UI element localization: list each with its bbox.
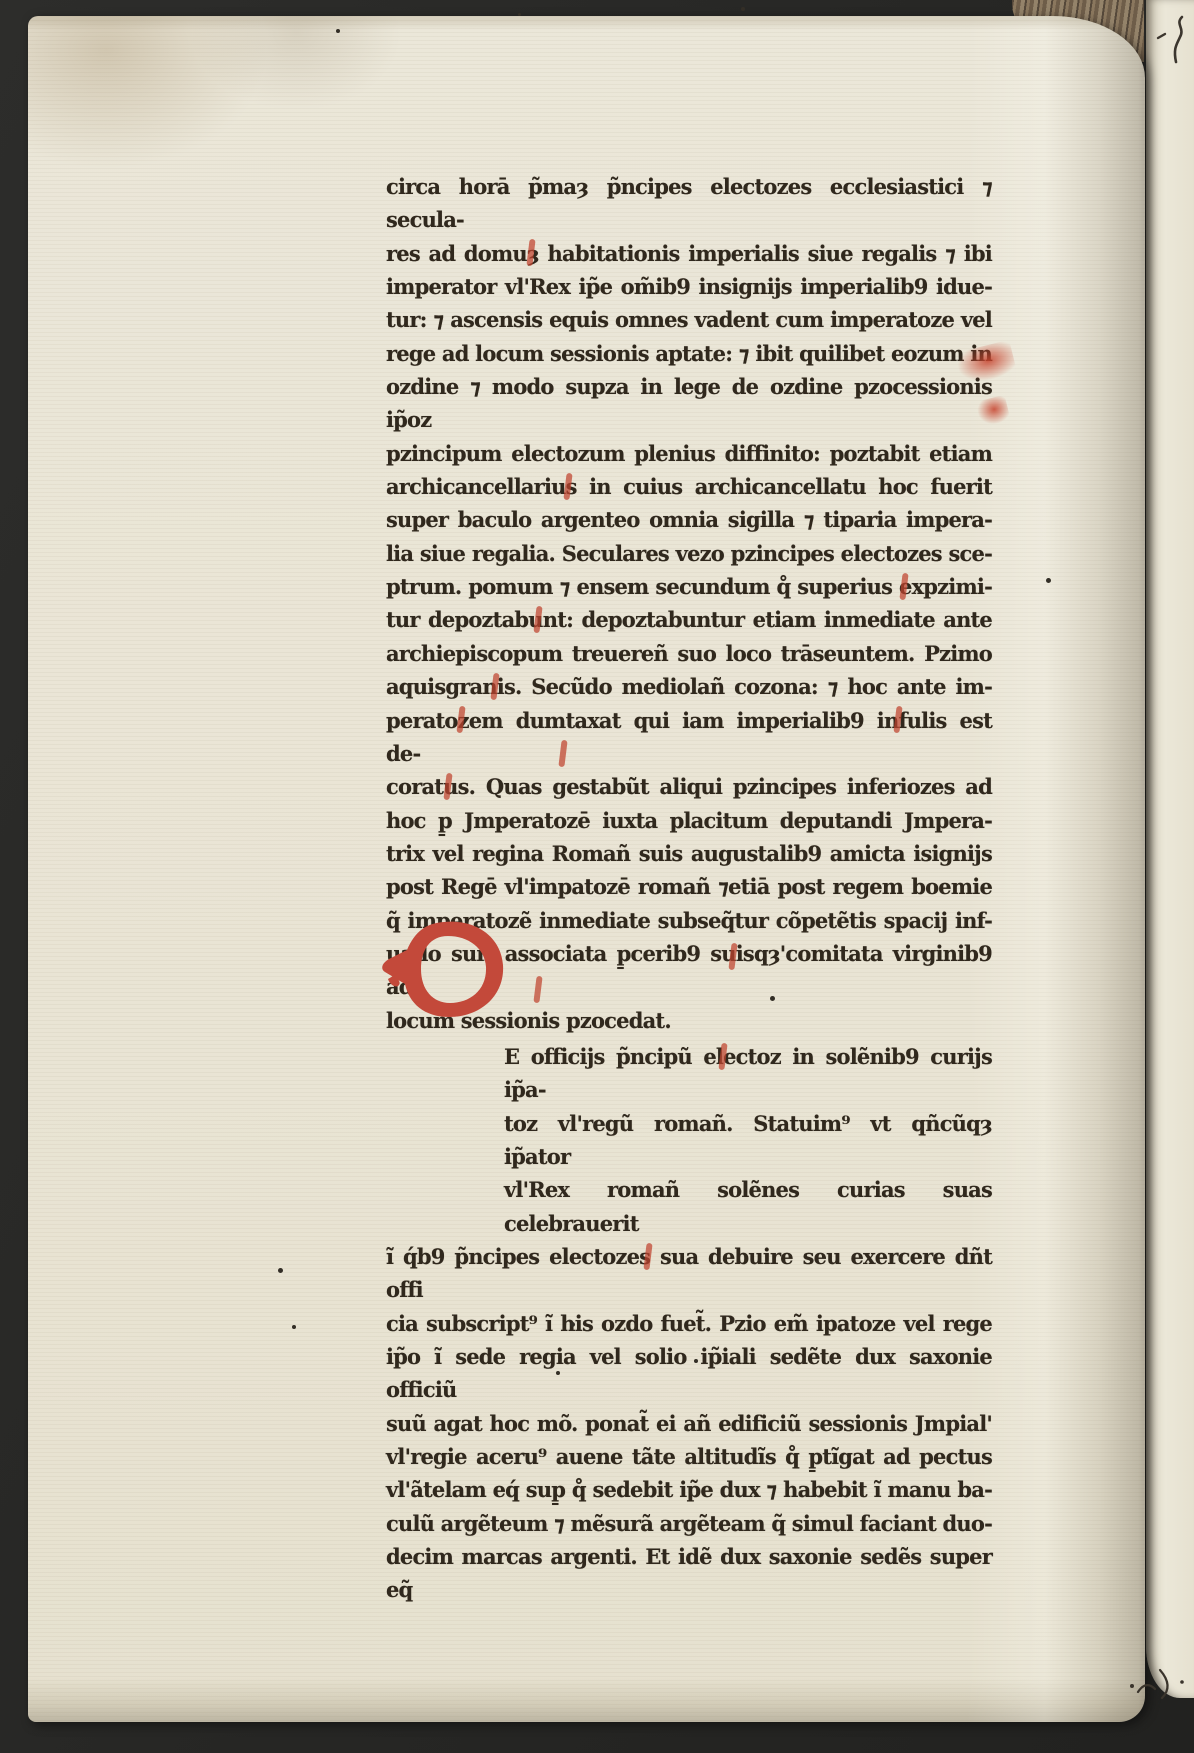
paragraph-2: E officijs p̃ncipũ electoz in solẽnib9 c… [386, 1040, 992, 1607]
text-line: coratus. Quas gestabũt aliqui pzincipes … [386, 770, 992, 803]
ink-dot [278, 1268, 283, 1273]
text-line: rege ad locum sessionis aptate: ⁊ ibit q… [386, 337, 992, 370]
text-line: archiepiscopum treuereñ suo loco trāseun… [386, 637, 992, 670]
text-line: hoc p̱ Jmperatozē iuxta placitum deputan… [386, 804, 992, 837]
ink-dot [292, 1325, 296, 1329]
text-line: lia siue regalia. Seculares vezo pzincip… [386, 537, 992, 570]
text-line: super baculo argenteo omnia sigilla ⁊ ti… [386, 503, 992, 536]
handwritten-mark-bottom-right [1124, 1652, 1190, 1704]
text-line: imperator vl'Rex ip̃e om̃ib9 insignijs i… [386, 270, 992, 303]
initial-capital-d [380, 918, 506, 1020]
ink-dot [770, 996, 775, 1001]
paragraph-2-indented: E officijs p̃ncipũ electoz in solẽnib9 c… [504, 1040, 992, 1240]
text-line: culũ argẽteum ⁊ mẽsurã argẽteam q̃ simul… [386, 1507, 992, 1540]
ink-dot [556, 1371, 560, 1375]
ink-dot [741, 7, 745, 11]
ink-dot [694, 1359, 698, 1363]
text-line: ip̃o ĩ sede regia vel solio ip̃iali sedẽ… [386, 1340, 992, 1407]
paragraph-1: circa horā p̃maȝ p̃ncipes electozes eccl… [386, 170, 992, 1037]
text-line: tur: ⁊ ascensis equis omnes vadent cum i… [386, 303, 992, 336]
text-line: res ad domuȝ habitationis imperialis siu… [386, 237, 992, 270]
ink-dot [1046, 578, 1051, 583]
text-line: toz vl'regũ romañ. Statuim⁹ vt qñcũqȝ ip… [504, 1107, 992, 1174]
text-block: circa horā p̃maȝ p̃ncipes electozes eccl… [386, 170, 992, 1607]
text-line: cia subscript⁹ ĩ his ozdo fuet̃. Pzio em… [386, 1307, 992, 1340]
next-page-edge [1146, 0, 1194, 1698]
text-line: archicancellarius in cuius archicancella… [386, 470, 992, 503]
text-line: aquisgranis. Secũdo mediolañ cozona: ⁊ h… [386, 670, 992, 703]
ink-dot [570, 1322, 575, 1327]
ink-dot [336, 29, 340, 33]
handwritten-mark-top-right [1150, 14, 1192, 66]
text-line: post Regē vl'impatozē romañ ⁊etiā post r… [386, 870, 992, 903]
text-line: decim marcas argenti. Et idẽ dux saxonie… [386, 1540, 992, 1607]
text-line: vl'regie aceru⁹ auene tãte altitudĩs q̊ … [386, 1440, 992, 1473]
text-line: ozdine ⁊ modo supza in lege de ozdine pz… [386, 370, 992, 437]
text-line: suũ agat hoc mõ. ponat̃ ei añ edificiũ s… [386, 1407, 992, 1440]
text-line: ĩ q́b9 p̃ncipes electozes sua debuire se… [386, 1240, 992, 1307]
text-line: tur depoztabunt: depoztabuntur etiam inm… [386, 603, 992, 636]
text-line: vl'ãtelam eq́ sup̱ q̊ sedebit ip̃e dux ⁊… [386, 1473, 992, 1506]
paragraph-2-full: ĩ q́b9 p̃ncipes electozes sua debuire se… [386, 1240, 992, 1607]
text-line: E officijs p̃ncipũ electoz in solẽnib9 c… [504, 1040, 992, 1107]
ink-dot [518, 13, 521, 16]
text-line: trix vel regina Romañ suis augustalib9 a… [386, 837, 992, 870]
text-line: circa horā p̃maȝ p̃ncipes electozes eccl… [386, 170, 992, 237]
text-line: vl'Rex romañ solẽnes curias suas celebra… [504, 1173, 992, 1240]
text-line: pzincipum electozum plenius diffinito: p… [386, 437, 992, 470]
